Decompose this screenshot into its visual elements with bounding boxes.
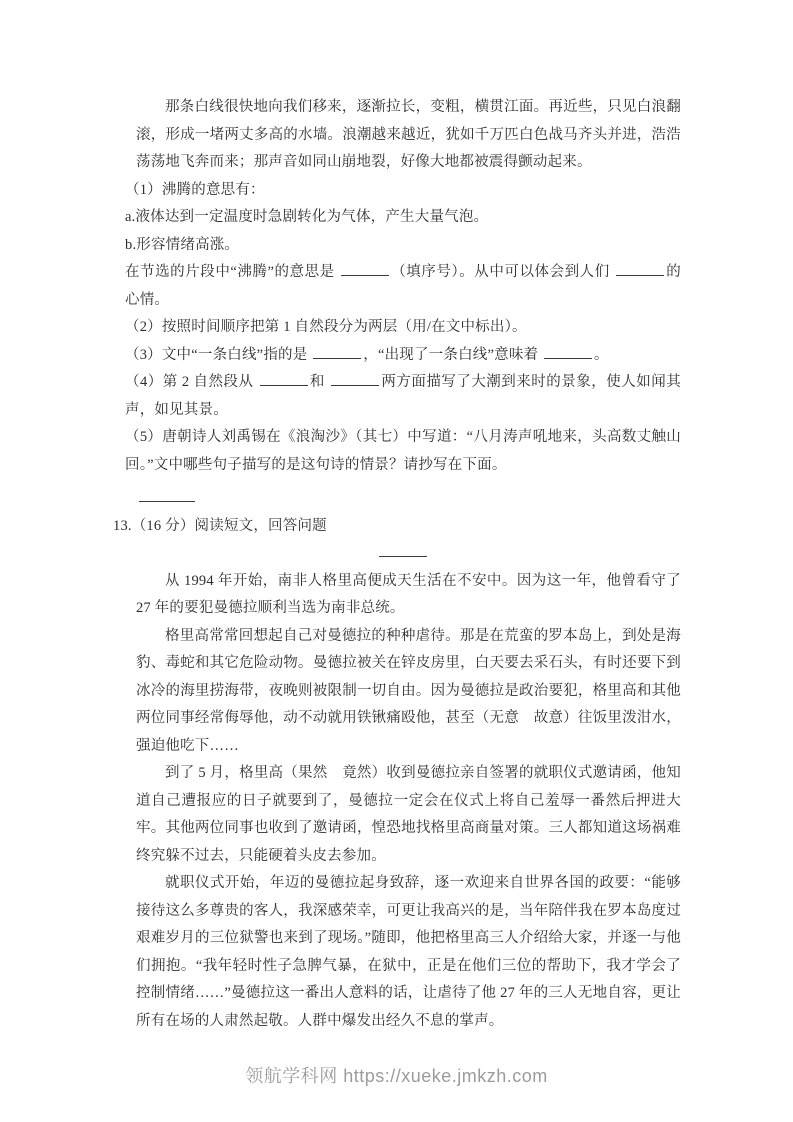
exam-content: 那条白线很快地向我们移来，逐渐拉长，变粗，横贯江面。再近些，只见白浪翻滚，形成一… (125, 94, 681, 1035)
q5-answer-blank-line (125, 485, 681, 513)
answer-blank (341, 261, 389, 277)
answer-blank (139, 487, 195, 503)
q3: （3）文中“一条白线”指的是 ，“出现了一条白线”意味着 。 (125, 342, 681, 370)
document-page: { "page": { "background": "#ffffff", "te… (0, 0, 793, 1122)
answer-blank (313, 343, 361, 359)
q1-option-a: a.液体达到一定温度时急剧转化为气体，产生大量气泡。 (125, 204, 681, 232)
answer-blank (616, 261, 664, 277)
mandela-paragraph-2: 格里高常常回想起自己对曼德拉的种种虐待。那是在荒蛮的罗本岛上，到处是海豹、毒蛇和… (125, 623, 681, 761)
q1-stem: （1）沸腾的意思有： (125, 177, 681, 205)
passage-title-blank-line (125, 540, 681, 568)
q2: （2）按照时间顺序把第 1 自然段分为两层（用/在文中标出）。 (125, 314, 681, 342)
answer-blank (331, 371, 379, 387)
mandela-paragraph-4: 就职仪式开始，年迈的曼德拉起身致辞，逐一欢迎来自世界各国的政要：“能够接待这么多… (125, 870, 681, 1035)
mandela-paragraph-1: 从 1994 年开始，南非人格里高便成天生活在不安中。因为这一年，他曾看守了 2… (125, 568, 681, 623)
answer-blank (260, 371, 308, 387)
answer-blank (379, 542, 427, 558)
q1-fill-blanks: 在节选的片段中“沸腾”的意思是 （填序号）。从中可以体会到人们 的心情。 (125, 259, 681, 314)
watermark: 领航学科网 https://xueke.jmkzh.com (0, 1062, 793, 1088)
q5: （5）唐朝诗人刘禹锡在《浪淘沙》（其七）中写道：“八月涛声吼地来，头高数丈触山回… (125, 424, 681, 479)
q1-option-b: b.形容情绪高涨。 (125, 232, 681, 260)
mandela-paragraph-3: 到了 5 月，格里高（果然 竟然）收到曼德拉亲自签署的就职仪式邀请函，他知道自己… (125, 760, 681, 870)
answer-blank (544, 343, 592, 359)
q13-stem: 13.（16 分）阅读短文，回答问题 (113, 513, 681, 541)
q4: （4）第 2 自然段从 和 两方面描写了大潮到来时的景象，使人如闻其声，如见其景… (125, 369, 681, 424)
guanchao-passage-paragraph: 那条白线很快地向我们移来，逐渐拉长，变粗，横贯江面。再近些，只见白浪翻滚，形成一… (125, 94, 681, 177)
